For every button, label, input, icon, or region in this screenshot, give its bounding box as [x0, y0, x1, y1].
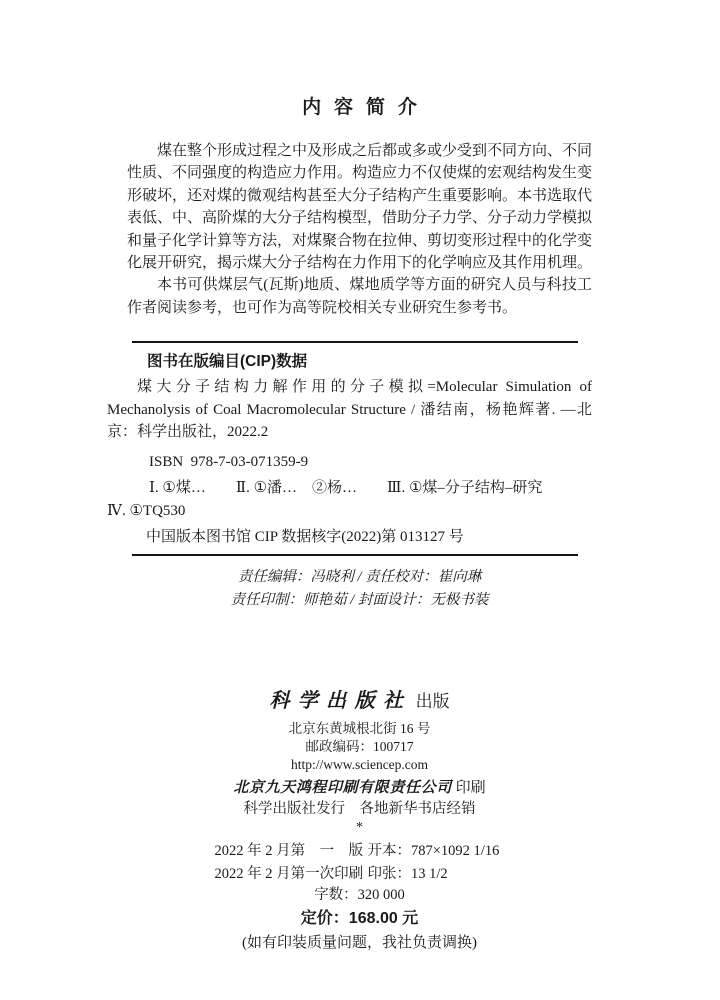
postcode-line: 邮政编码：100717: [127, 738, 592, 756]
sheet-count: 印张：13 1/2: [368, 863, 448, 886]
credits-line-printing-cover: 责任印制：师艳茹 / 封面设计：无极书装: [127, 589, 592, 612]
edition-date: 2022 年 2 月第 一 版: [215, 840, 368, 863]
price-line: 定价：168.00 元: [127, 908, 592, 930]
publisher-logotype: 科学出版社: [269, 690, 411, 712]
divider-rule-top: [132, 341, 578, 343]
divider-rule-bottom: [132, 554, 578, 556]
cip-data-heading: 图书在版编目(CIP)数据: [147, 352, 592, 372]
website-line: http://www.sciencep.com: [127, 756, 592, 774]
cip-block: 图书在版编目(CIP)数据 煤大分子结构力解作用的分子模拟=Molecular …: [107, 341, 592, 556]
editorial-credits: 责任编辑：冯晓利 / 责任校对：崔向琳 责任印制：师艳茹 / 封面设计：无极书装: [127, 566, 592, 612]
printer-line: 北京九天鸿程印刷有限责任公司 印刷: [127, 777, 592, 799]
edition-row-first-printing: 2022 年 2 月第一次印刷 印张：13 1/2: [215, 863, 505, 886]
word-count-line: 字数：320 000: [127, 885, 592, 906]
cip-catalog-entry: 煤大分子结构力解作用的分子模拟=Molecular Simulation of …: [107, 376, 592, 443]
credits-line-editor-proofreader: 责任编辑：冯晓利 / 责任校对：崔向琳: [127, 566, 592, 589]
edition-table: 2022 年 2 月第 一 版 开本：787×1092 1/16 2022 年 …: [215, 840, 505, 885]
edition-row-first-edition: 2022 年 2 月第 一 版 开本：787×1092 1/16: [215, 840, 505, 863]
page-content: 内容简介 煤在整个形成过程之中及形成之后都或多或少受到不同方向、不同性质、不同强…: [127, 0, 592, 954]
printing-date: 2022 年 2 月第一次印刷: [215, 863, 368, 886]
cip-record-number-line: 中国版本图书馆 CIP 数据核字(2022)第 013127 号: [107, 526, 592, 548]
content-summary-paragraph-2: 本书可供煤层气(瓦斯)地质、煤地质学等方面的研究人员与科技工作者阅读参考，也可作…: [127, 274, 592, 319]
printer-logotype: 北京九天鸿程印刷有限责任公司: [233, 780, 451, 796]
copyright-page: { "colors": { "ink": "#1a1a1a", "rule": …: [0, 0, 720, 1000]
quality-note-line: (如有印装质量问题，我社负责调换): [127, 932, 592, 954]
colophon: 科学出版社 出版 北京东黄城根北街 16 号 邮政编码：100717 http:…: [127, 688, 592, 954]
publisher-line: 科学出版社 出版: [127, 688, 592, 715]
content-summary-heading: 内容简介: [127, 96, 592, 119]
publisher-address-line: 北京东黄城根北街 16 号: [127, 720, 592, 738]
content-summary-paragraph-1: 煤在整个形成过程之中及形成之后都或多或少受到不同方向、不同性质、不同强度的构造应…: [127, 140, 592, 274]
print-label: 印刷: [456, 780, 486, 796]
publish-label: 出版: [416, 692, 450, 711]
distribution-line: 科学出版社发行 各地新华书店经销: [127, 799, 592, 820]
classification-line: Ⅰ. ①煤… Ⅱ. ①潘… ②杨… Ⅲ. ①煤–分子结构–研究 Ⅳ. ①TQ53…: [107, 477, 592, 522]
isbn-line: ISBN 978-7-03-071359-9: [107, 451, 592, 473]
format-spec: 开本：787×1092 1/16: [368, 840, 500, 863]
asterisk-separator: *: [127, 820, 592, 836]
